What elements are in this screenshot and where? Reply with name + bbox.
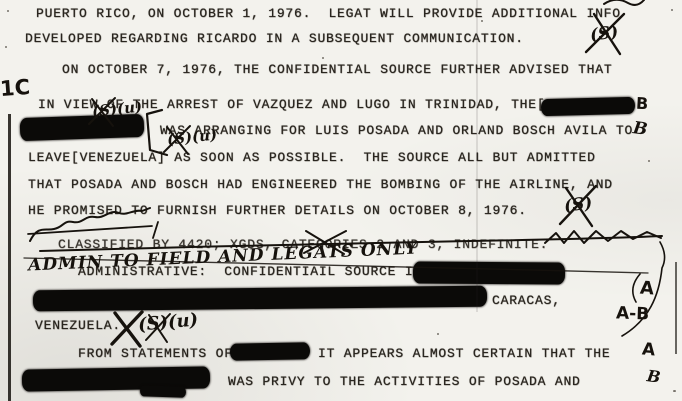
typed-line-engineered: THAT POSADA AND BOSCH HAD ENGINEERED THE… bbox=[28, 177, 613, 193]
redaction-bar-source bbox=[413, 261, 565, 284]
scan-speck bbox=[322, 57, 324, 59]
scan-speck bbox=[5, 46, 7, 48]
redaction-bar-caracas-line bbox=[33, 286, 487, 312]
typed-line-developed: DEVELOPED REGARDING RICARDO IN A SUBSEQU… bbox=[25, 31, 524, 47]
typed-line-from-statements: FROM STATEMENTS OF bbox=[78, 346, 233, 362]
typed-line-leave-venezuela: LEAVE[VENEZUELA] AS SOON AS POSSIBLE. TH… bbox=[28, 150, 596, 166]
handwritten-margin-a-b: A-B bbox=[616, 303, 650, 324]
typed-line-was-privy: WAS PRIVY TO THE ACTIVITIES OF POSADA AN… bbox=[228, 374, 581, 390]
right-margin-rule bbox=[675, 262, 677, 354]
typed-line-arranging: WAS ARRANGING FOR LUIS POSADA AND ORLAND… bbox=[160, 123, 633, 139]
scan-speck bbox=[648, 160, 650, 162]
scan-speck bbox=[671, 9, 673, 11]
handwritten-margin-b-script: B bbox=[632, 118, 649, 140]
typed-line-it-appears: IT APPEARS ALMOST CERTAIN THAT THE bbox=[318, 346, 610, 362]
handwritten-margin-1c: 1C bbox=[0, 75, 31, 101]
handwritten-declass-s-line8: (S) bbox=[563, 193, 594, 217]
wavy-scribble-right bbox=[545, 231, 661, 243]
redaction-bar-tail bbox=[140, 385, 186, 398]
handwritten-margin-b-line4: B bbox=[636, 94, 649, 114]
vertical-fold-line bbox=[476, 0, 478, 312]
redaction-bar-line4 bbox=[541, 97, 635, 116]
typed-line-caracas: CARACAS, bbox=[492, 293, 561, 309]
typed-line-venezuela: VENEZUELA. bbox=[35, 318, 121, 334]
declassified-document-page: { "document": { "typed": [ {"text": "PUE… bbox=[0, 0, 682, 401]
handwritten-margin-a-low: A bbox=[641, 339, 656, 360]
handwritten-margin-a-mid: A bbox=[639, 278, 654, 300]
handwritten-declass-s-line2: (S) bbox=[589, 22, 620, 46]
handwritten-margin-b-low: B bbox=[646, 366, 662, 387]
scan-speck bbox=[7, 10, 9, 12]
typed-line-promised: HE PROMISED TO FURNISH FURTHER DETAILS O… bbox=[28, 203, 527, 219]
scan-speck bbox=[481, 20, 483, 22]
redaction-bar-line5 bbox=[20, 114, 145, 141]
scan-speck bbox=[437, 333, 439, 335]
typed-line-puerto-rico: PUERTO RICO, ON OCTOBER 1, 1976. LEGAT W… bbox=[36, 6, 621, 22]
redaction-bar-statements bbox=[230, 342, 310, 360]
scan-speck bbox=[673, 390, 676, 392]
top-edge-squiggle bbox=[604, 0, 644, 5]
handwritten-su-line6: (S)(u) bbox=[166, 125, 218, 148]
handwritten-venezuela-su: (S)(u) bbox=[137, 309, 199, 335]
scribble-strike-line bbox=[28, 222, 158, 238]
typed-line-october-7: ON OCTOBER 7, 1976, THE CONFIDENTIAL SOU… bbox=[62, 62, 612, 78]
left-margin-rule bbox=[8, 114, 11, 401]
